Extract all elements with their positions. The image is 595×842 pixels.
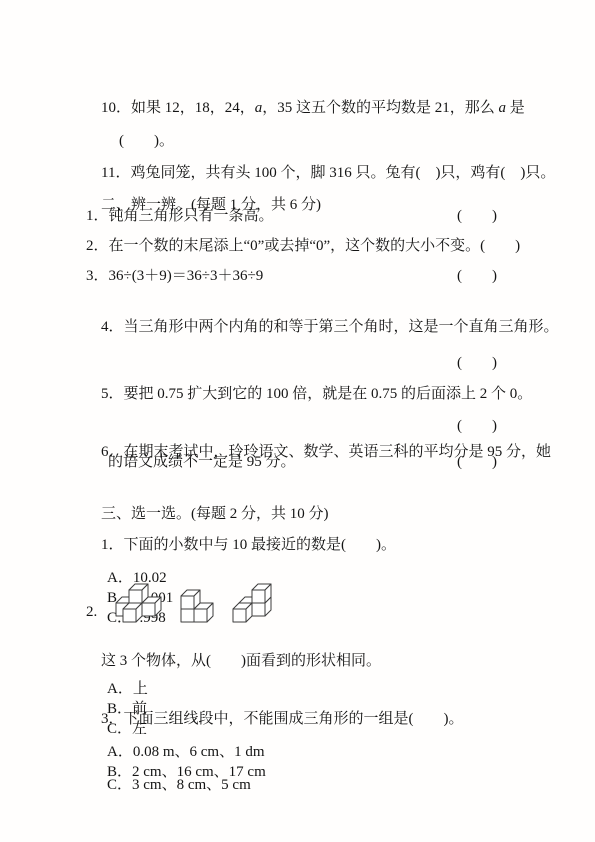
- option-c: C．3 cm、8 cm、5 cm: [107, 777, 251, 793]
- cube-figure-1-wrap: [109, 583, 162, 623]
- item-text: 1．钝角三角形只有一条高。: [86, 206, 274, 226]
- variable-a: a: [499, 100, 507, 116]
- judge-blank: ( ): [457, 266, 497, 286]
- judge-blank: ( ): [457, 206, 497, 226]
- section2-item-3: 3．36÷(3＋9)＝36÷3＋36÷9 ( ): [86, 266, 497, 286]
- cube-figure-3: [232, 583, 272, 623]
- item-text: 2．在一个数的末尾添上“0”或去掉“0”，这个数的大小不变。: [86, 236, 480, 256]
- cube-figure-1: [109, 583, 162, 623]
- judge-blank: ( ): [480, 236, 520, 256]
- exam-page: 10．如果 12，18，24，a，35 这五个数的平均数是 21，那么 a 是 …: [0, 0, 595, 842]
- question-2-number: 2.: [86, 603, 97, 621]
- cube-figure-2-wrap: [180, 589, 214, 623]
- section2-item-2: 2．在一个数的末尾添上“0”或去掉“0”，这个数的大小不变。 ( ): [86, 236, 497, 256]
- cube-figure-3-wrap: [232, 583, 272, 623]
- section2-item-1: 1．钝角三角形只有一条高。 ( ): [86, 206, 497, 226]
- cube-figure-2: [180, 589, 214, 623]
- item-text: 3．36÷(3＋9)＝36÷3＋36÷9: [86, 266, 263, 286]
- section-2-title: 二、辨一辨。(每题 1 分，共 6 分): [86, 175, 497, 235]
- question-10-text-part: 是: [506, 100, 525, 116]
- section2-item-6-line-2: 的语文成绩不一定是 95 分。 ( ): [108, 452, 497, 472]
- judge-blank: ( ): [457, 452, 497, 472]
- item-text: 的语文成绩不一定是 95 分。: [108, 452, 296, 472]
- s3-question-3-options-row-2: C．3 cm、8 cm、5 cm: [92, 755, 497, 815]
- s3-question-2-figures: 2.: [86, 577, 272, 623]
